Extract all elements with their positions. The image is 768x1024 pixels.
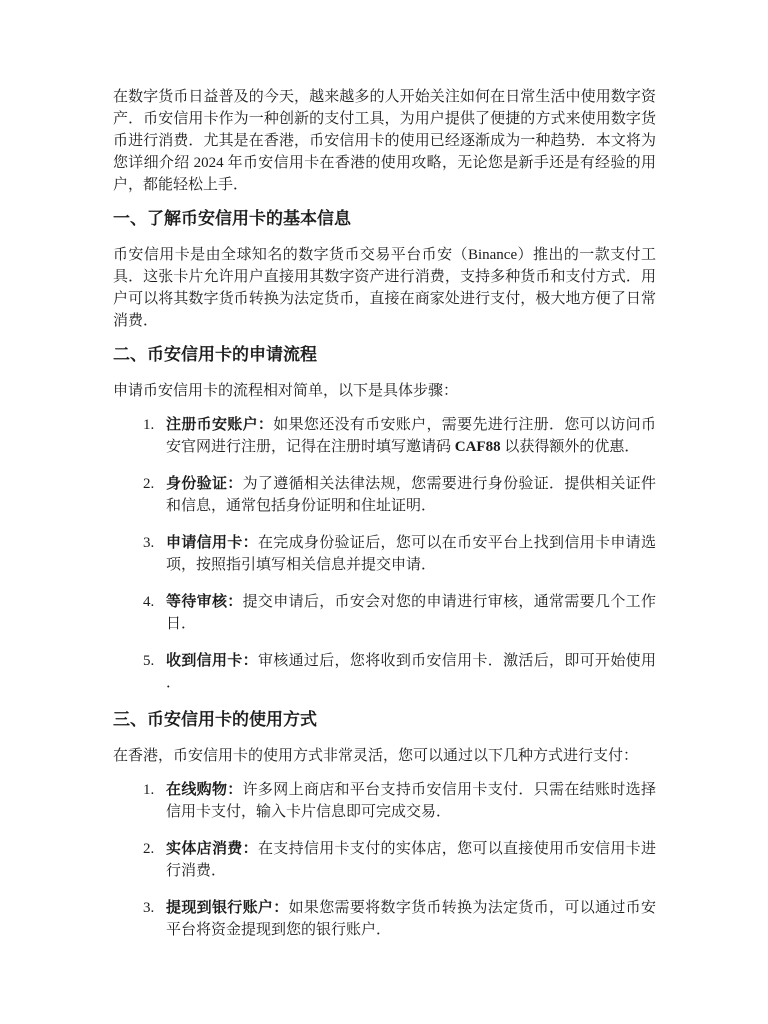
section-1-paragraph: 币安信用卡是由全球知名的数字货币交易平台币安（Binance）推出的一款支付工具… — [113, 244, 656, 332]
list-item-term: 收到信用卡： — [166, 653, 258, 669]
list-item-number: 2. — [143, 838, 154, 860]
list-item-term: 注册币安账户： — [166, 417, 273, 433]
list-item-term: 身份验证： — [166, 476, 243, 492]
list-item-term: 申请信用卡： — [166, 535, 258, 551]
intro-paragraph: 在数字货币日益普及的今天，越来越多的人开始关注如何在日常生活中使用数字资产．币安… — [113, 86, 656, 196]
section-2-heading: 二、币安信用卡的申请流程 — [113, 344, 656, 366]
list-item: 3.提现到银行账户：如果您需要将数字货币转换为法定货币，可以通过币安平台将资金提… — [143, 897, 656, 941]
section-1-heading: 一、了解币安信用卡的基本信息 — [113, 208, 656, 230]
list-item-text: 以获得额外的优惠． — [501, 439, 640, 455]
list-item-number: 3. — [143, 532, 154, 554]
usage-methods-list: 1.在线购物：许多网上商店和平台支持币安信用卡支付．只需在结账时选择信用卡支付，… — [113, 779, 656, 941]
list-item-number: 1. — [143, 414, 154, 436]
section-3-paragraph: 在香港，币安信用卡的使用方式非常灵活，您可以通过以下几种方式进行支付： — [113, 745, 656, 767]
list-item: 1.在线购物：许多网上商店和平台支持币安信用卡支付．只需在结账时选择信用卡支付，… — [143, 779, 656, 823]
referral-code: CAF88 — [455, 439, 501, 455]
list-item-number: 4. — [143, 591, 154, 613]
list-item-number: 3. — [143, 897, 154, 919]
list-item-term: 提现到银行账户： — [166, 900, 289, 916]
list-item-number: 2. — [143, 473, 154, 495]
list-item: 4.等待审核：提交申请后，币安会对您的申请进行审核，通常需要几个工作日． — [143, 591, 656, 635]
application-steps-list: 1.注册币安账户：如果您还没有币安账户，需要先进行注册．您可以访问币安官网进行注… — [113, 414, 656, 694]
section-2-paragraph: 申请币安信用卡的流程相对简单，以下是具体步骤： — [113, 380, 656, 402]
list-item-number: 5. — [143, 650, 154, 672]
list-item: 5.收到信用卡：审核通过后，您将收到币安信用卡．激活后，即可开始使用 ． — [143, 650, 656, 694]
list-item: 2.身份验证：为了遵循相关法律法规，您需要进行身份验证．提供相关证件和信息，通常… — [143, 473, 656, 517]
list-item: 1.注册币安账户：如果您还没有币安账户，需要先进行注册．您可以访问币安官网进行注… — [143, 414, 656, 458]
list-item-term: 在线购物： — [166, 782, 243, 798]
list-item-number: 1. — [143, 779, 154, 801]
list-item-term: 实体店消费： — [166, 841, 258, 857]
list-item-term: 等待审核： — [166, 594, 243, 610]
section-3-heading: 三、币安信用卡的使用方式 — [113, 709, 656, 731]
list-item: 2.实体店消费：在支持信用卡支付的实体店，您可以直接使用币安信用卡进行消费． — [143, 838, 656, 882]
document-page: 在数字货币日益普及的今天，越来越多的人开始关注如何在日常生活中使用数字资产．币安… — [0, 0, 768, 1024]
list-item: 3.申请信用卡：在完成身份验证后，您可以在币安平台上找到信用卡申请选项，按照指引… — [143, 532, 656, 576]
